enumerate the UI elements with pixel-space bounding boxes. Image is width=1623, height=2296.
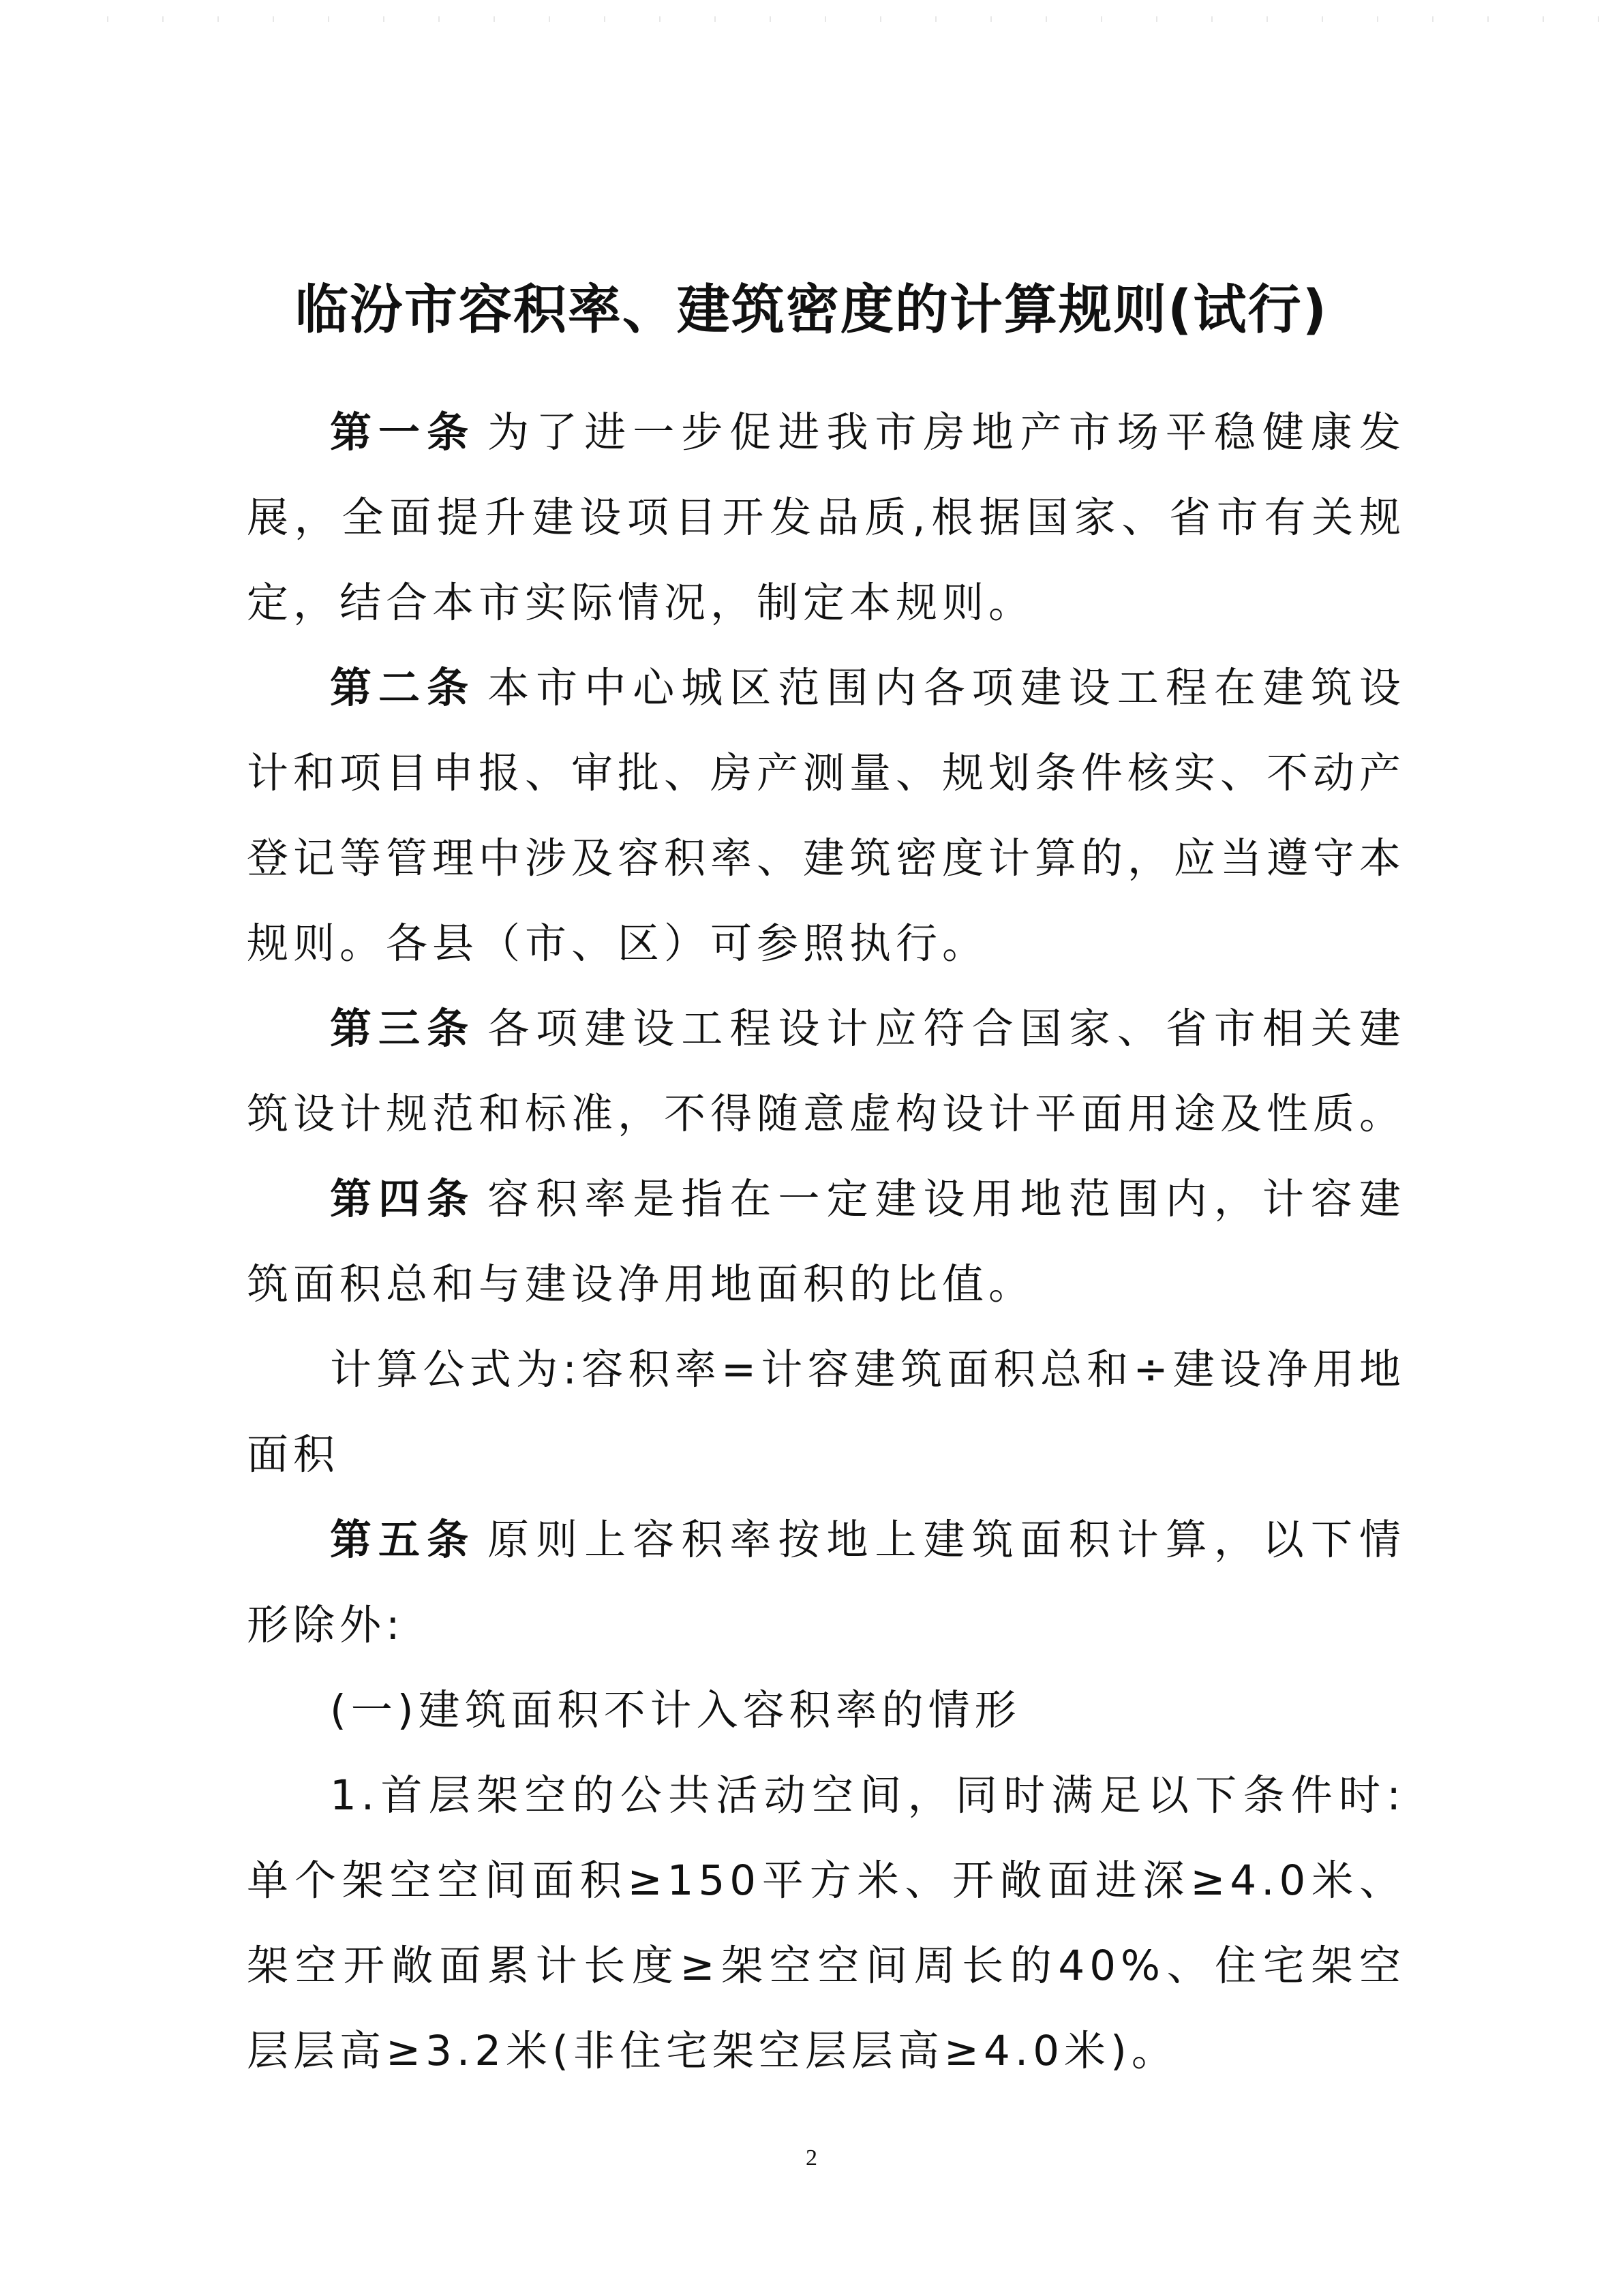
article-label: 第四条 — [330, 1175, 475, 1223]
formula-paragraph: 计算公式为:容积率=计容建筑面积总和÷建设净用地面积 — [247, 1327, 1406, 1497]
document-title: 临汾市容积率、建筑密度的计算规则(试行) — [0, 267, 1623, 343]
article-3: 第三条各项建设工程设计应符合国家、省市相关建筑设计规范和标准，不得随意虚构设计平… — [247, 986, 1406, 1157]
subsection-heading: (一)建筑面积不计入容积率的情形 — [247, 1668, 1406, 1753]
document-body: 第一条为了进一步促进我市房地产市场平稳健康发展，全面提升建设项目开发品质,根据国… — [247, 390, 1406, 2094]
article-5: 第五条原则上容积率按地上建筑面积计算，以下情形除外: — [247, 1497, 1406, 1668]
article-1: 第一条为了进一步促进我市房地产市场平稳健康发展，全面提升建设项目开发品质,根据国… — [247, 390, 1406, 645]
clause-1: 1.首层架空的公共活动空间，同时满足以下条件时:单个架空空间面积≥150平方米、… — [247, 1753, 1406, 2094]
article-4: 第四条容积率是指在一定建设用地范围内，计容建筑面积总和与建设净用地面积的比值。 — [247, 1157, 1406, 1327]
article-label: 第三条 — [330, 1005, 475, 1053]
article-label: 第一条 — [330, 408, 475, 457]
formula-text: 计算公式为:容积率=计容建筑面积总和÷建设净用地面积 — [247, 1345, 1406, 1479]
clause-text: 1.首层架空的公共活动空间，同时满足以下条件时:单个架空空间面积≥150平方米、… — [247, 1771, 1406, 2075]
article-label: 第五条 — [330, 1516, 475, 1564]
article-label: 第二条 — [330, 664, 475, 712]
subsection-text: (一)建筑面积不计入容积率的情形 — [330, 1686, 1021, 1734]
article-2: 第二条本市中心城区范围内各项建设工程在建筑设计和项目申报、审批、房产测量、规划条… — [247, 645, 1406, 986]
scan-artifact-strip — [82, 16, 1602, 22]
page-number: 2 — [0, 2145, 1623, 2171]
